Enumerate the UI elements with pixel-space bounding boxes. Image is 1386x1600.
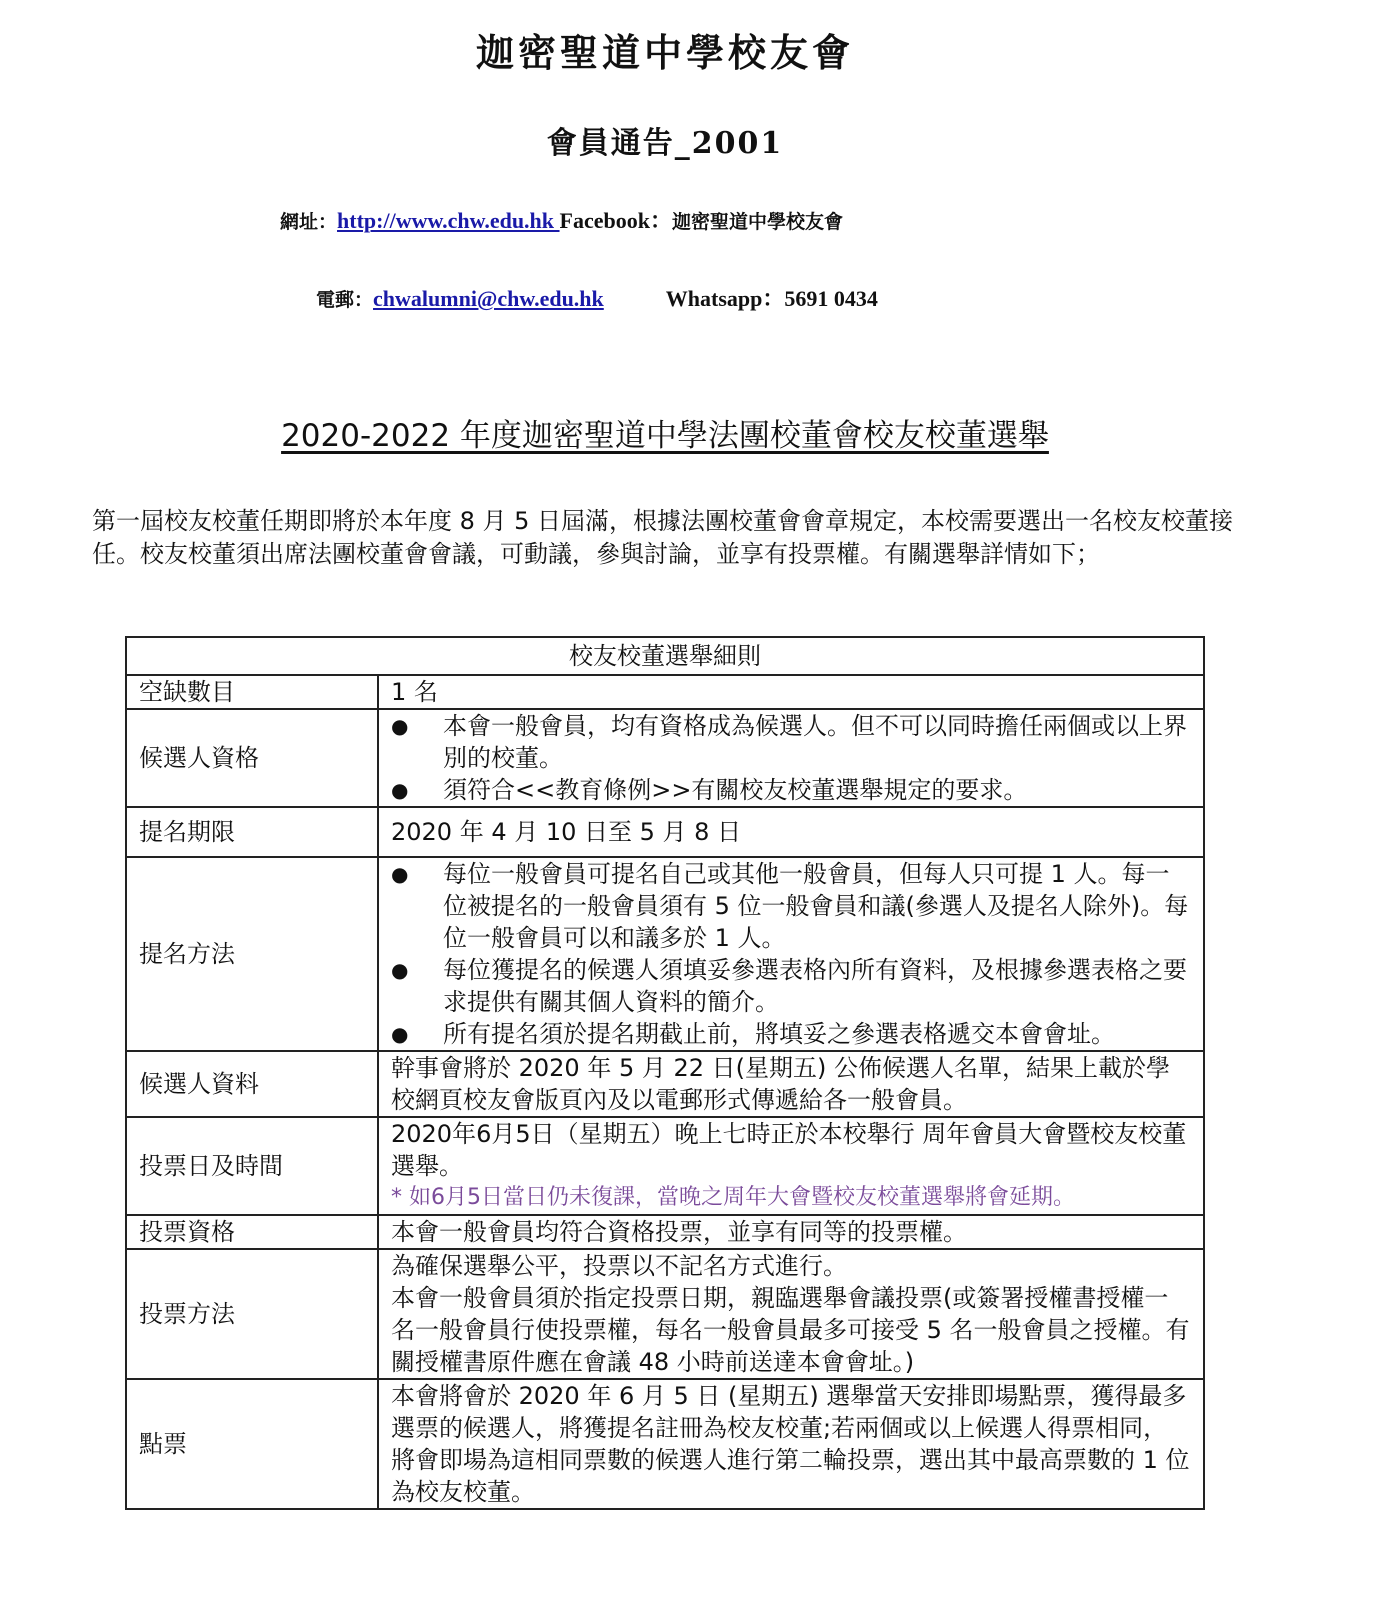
intro-paragraph: 第一屆校友校董任期即將於本年度 8 月 5 日屆滿，根據法團校董會會章規定，本校… <box>92 505 1252 571</box>
row-value: 2020 年 4 月 10 日至 5 月 8 日 <box>378 807 1204 857</box>
table-row: 提名方法 ●每位一般會員可提名自己或其他一般會員，但每人只可提 1 人。每一位被… <box>126 857 1204 1051</box>
email-link[interactable]: chwalumni@chw.edu.hk <box>373 286 604 311</box>
row-key: 候選人資料 <box>126 1051 378 1117</box>
organization-title: 迦密聖道中學校友會 <box>0 22 1330 77</box>
row-value: 2020年6月5日（星期五）晚上七時正於本校舉行 周年會員大會暨校友校董選舉。 … <box>378 1117 1204 1215</box>
table-row: 候選人資料 幹事會將於 2020 年 5 月 22 日(星期五) 公佈候選人名單… <box>126 1051 1204 1117</box>
contact-line-email: 電郵：chwalumni@chw.edu.hkWhatsapp：5691 043… <box>316 282 878 313</box>
row-key: 提名期限 <box>126 807 378 857</box>
election-heading: 2020-2022 年度迦密聖道中學法團校董會校友校董選舉 <box>0 410 1330 455</box>
bullet-item: ●本會一般會員，均有資格成為候選人。但不可以同時擔任兩個或以上界別的校董。 <box>391 710 1191 774</box>
bullet-icon: ● <box>391 1018 443 1050</box>
row-key: 投票日及時間 <box>126 1117 378 1215</box>
table-row: 投票方法 為確保選舉公平，投票以不記名方式進行。 本會一般會員須於指定投票日期，… <box>126 1249 1204 1379</box>
whatsapp-number: 5691 0434 <box>784 286 878 311</box>
row-value: 幹事會將於 2020 年 5 月 22 日(星期五) 公佈候選人名單，結果上載於… <box>378 1051 1204 1117</box>
table-caption: 校友校董選舉細則 <box>126 637 1204 675</box>
row-key: 點票 <box>126 1379 378 1509</box>
row-key: 投票資格 <box>126 1215 378 1249</box>
voting-date-text: 2020年6月5日（星期五）晚上七時正於本校舉行 周年會員大會暨校友校董選舉。 <box>391 1118 1191 1182</box>
postponement-note: * 如6月5日當日仍未復課，當晚之周年大會暨校友校董選舉將會延期。 <box>391 1182 1191 1214</box>
row-value: 1 名 <box>378 675 1204 709</box>
row-key: 提名方法 <box>126 857 378 1051</box>
email-label: 電郵： <box>316 289 373 311</box>
table-row: 候選人資格 ●本會一般會員，均有資格成為候選人。但不可以同時擔任兩個或以上界別的… <box>126 709 1204 807</box>
bullet-item: ●所有提名須於提名期截止前，將填妥之參選表格遞交本會會址。 <box>391 1018 1191 1050</box>
election-rules-table: 校友校董選舉細則 空缺數目 1 名 候選人資格 ●本會一般會員，均有資格成為候選… <box>125 636 1205 1510</box>
notice-number: 會員通告_2001 <box>0 118 1330 162</box>
row-value: 為確保選舉公平，投票以不記名方式進行。 本會一般會員須於指定投票日期，親臨選舉會… <box>378 1249 1204 1379</box>
facebook-label: Facebook： <box>560 208 672 233</box>
bullet-item: ●須符合<<教育條例>>有關校友校董選舉規定的要求。 <box>391 774 1191 806</box>
website-link[interactable]: http://www.chw.edu.hk <box>337 208 560 233</box>
whatsapp-label: Whatsapp： <box>666 286 785 311</box>
row-value: 本會將會於 2020 年 6 月 5 日 (星期五) 選舉當天安排即場點票，獲得… <box>378 1379 1204 1509</box>
bullet-icon: ● <box>391 710 443 774</box>
facebook-name: 迦密聖道中學校友會 <box>672 211 843 233</box>
row-key: 候選人資格 <box>126 709 378 807</box>
bullet-icon: ● <box>391 954 443 1018</box>
row-value: ●本會一般會員，均有資格成為候選人。但不可以同時擔任兩個或以上界別的校董。 ●須… <box>378 709 1204 807</box>
row-key: 投票方法 <box>126 1249 378 1379</box>
row-key: 空缺數目 <box>126 675 378 709</box>
row-value: ●每位一般會員可提名自己或其他一般會員，但每人只可提 1 人。每一位被提名的一般… <box>378 857 1204 1051</box>
website-label: 網址： <box>280 211 337 233</box>
bullet-icon: ● <box>391 858 443 954</box>
bullet-item: ●每位獲提名的候選人須填妥參選表格內所有資料，及根據參選表格之要求提供有關其個人… <box>391 954 1191 1018</box>
table-row: 點票 本會將會於 2020 年 6 月 5 日 (星期五) 選舉當天安排即場點票… <box>126 1379 1204 1509</box>
bullet-icon: ● <box>391 774 443 806</box>
table-caption-row: 校友校董選舉細則 <box>126 637 1204 675</box>
contact-line-web: 網址：http://www.chw.edu.hk Facebook：迦密聖道中學… <box>280 204 843 235</box>
table-row: 投票日及時間 2020年6月5日（星期五）晚上七時正於本校舉行 周年會員大會暨校… <box>126 1117 1204 1215</box>
table-row: 提名期限 2020 年 4 月 10 日至 5 月 8 日 <box>126 807 1204 857</box>
table-row: 投票資格 本會一般會員均符合資格投票，並享有同等的投票權。 <box>126 1215 1204 1249</box>
bullet-item: ●每位一般會員可提名自己或其他一般會員，但每人只可提 1 人。每一位被提名的一般… <box>391 858 1191 954</box>
table-row: 空缺數目 1 名 <box>126 675 1204 709</box>
row-value: 本會一般會員均符合資格投票，並享有同等的投票權。 <box>378 1215 1204 1249</box>
